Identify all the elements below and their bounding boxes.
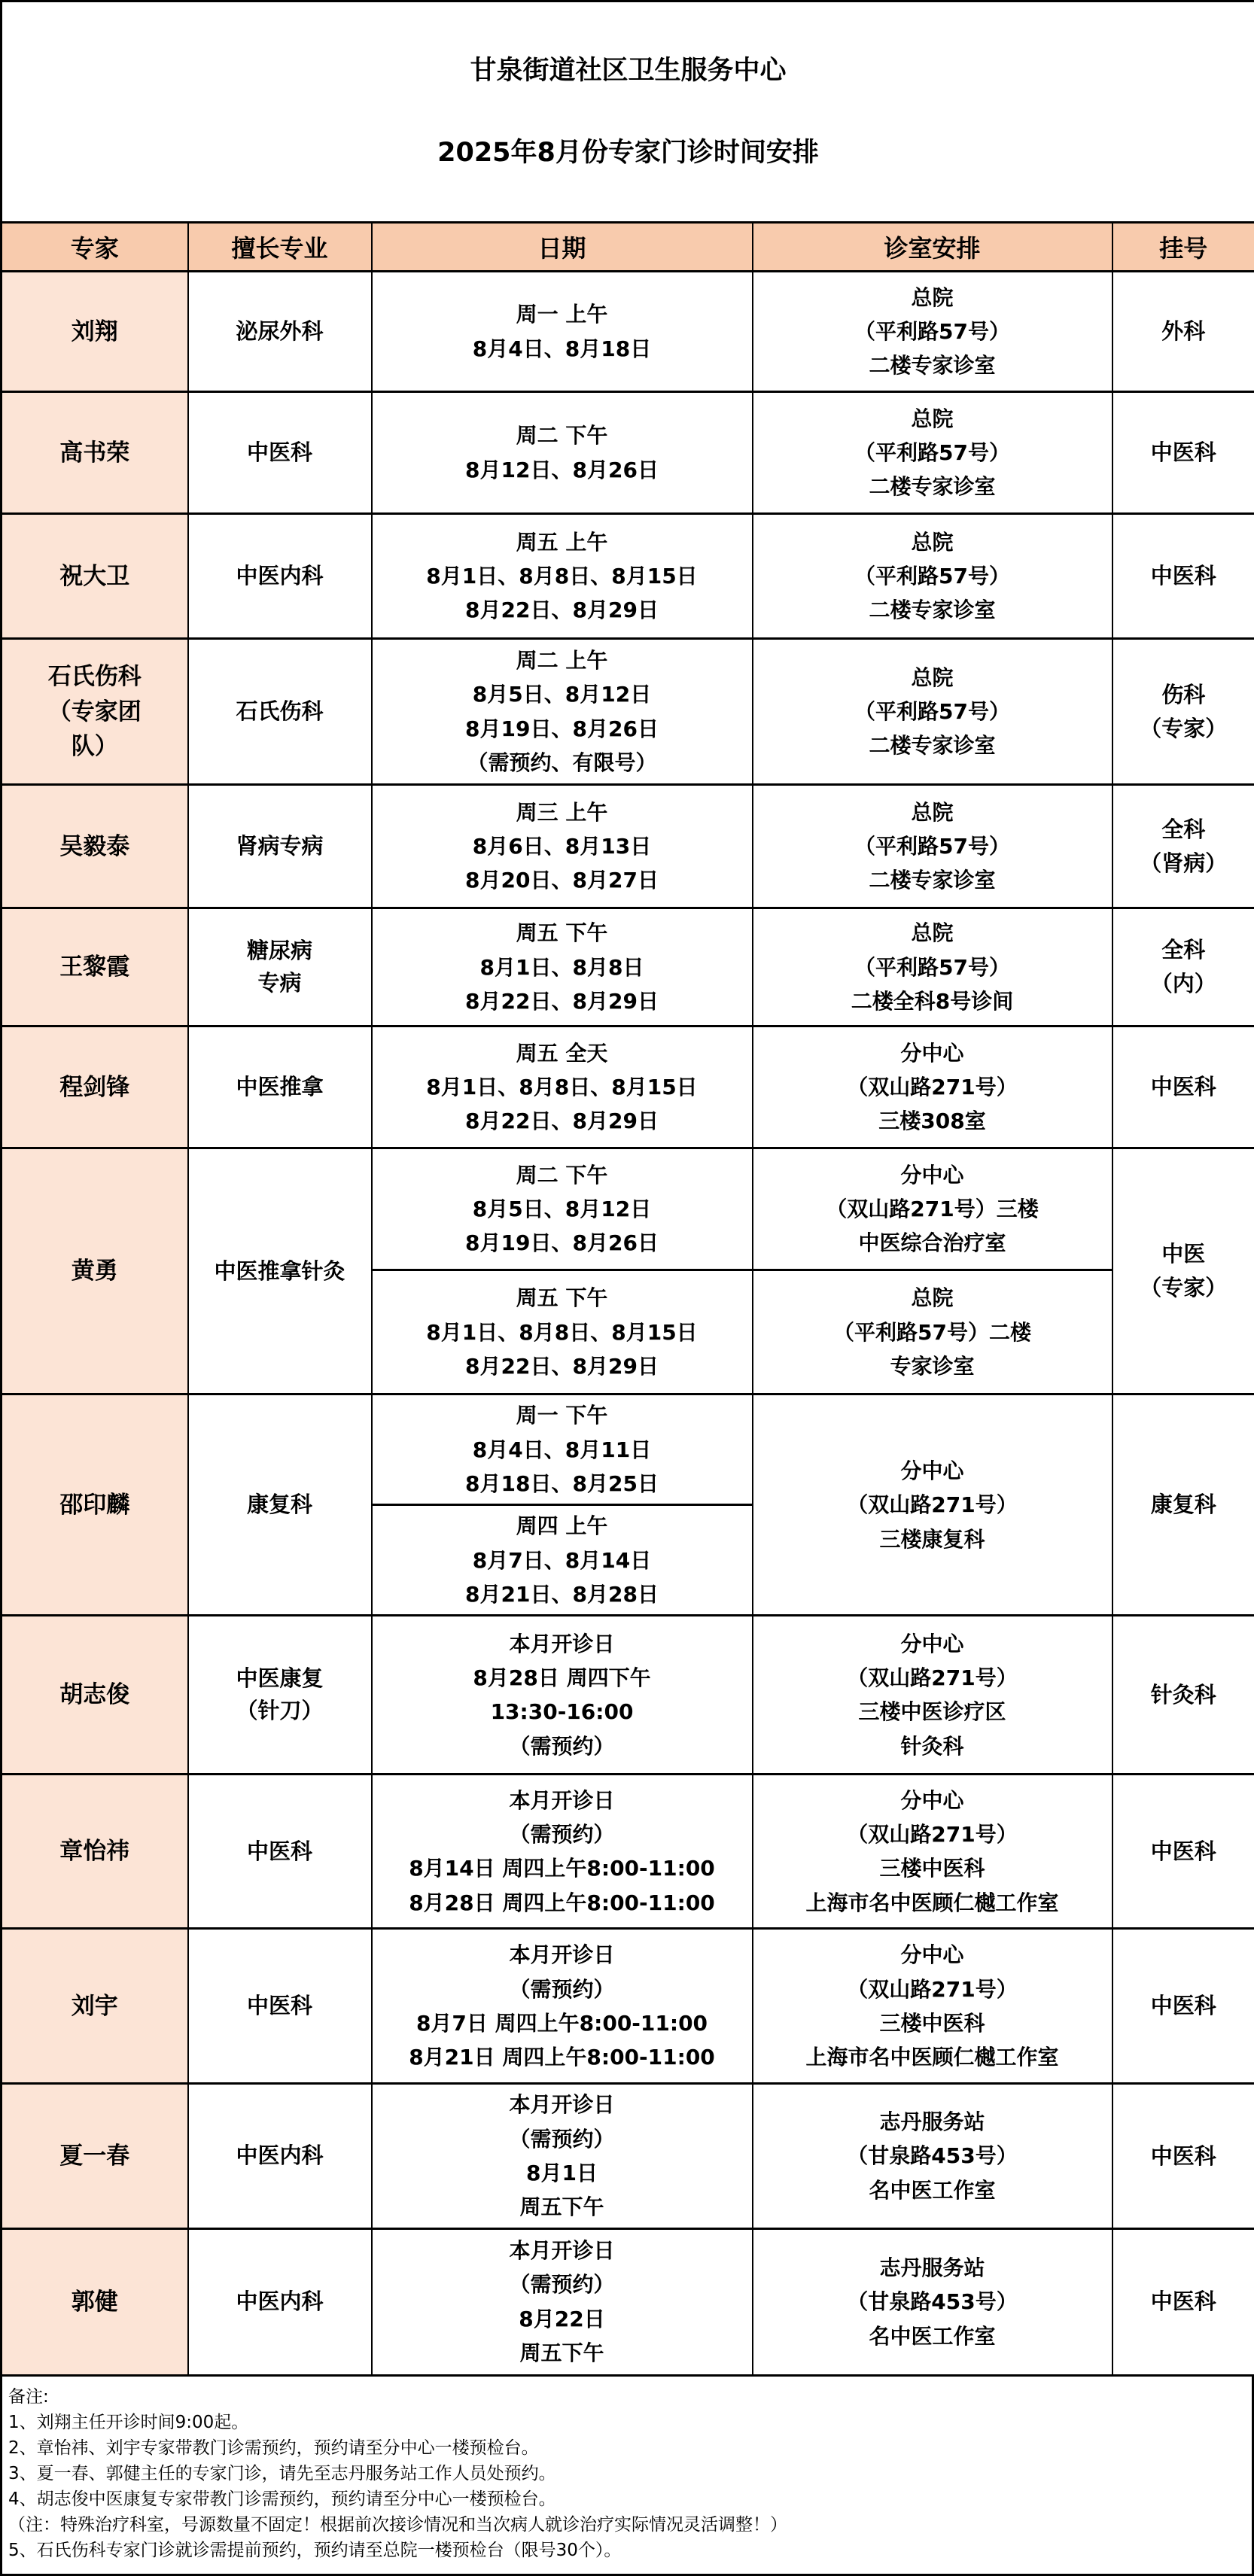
table-row: 黄勇 中医推拿针灸 周二 下午 8月5日、8月12日 8月19日、8月26日 分… bbox=[2, 1148, 1254, 1270]
room-cell: 分中心 （双山路271号） 三楼308室 bbox=[753, 1026, 1112, 1148]
date-cell: 本月开诊日 （需预约） 8月14日 周四上午8:00-11:00 8月28日 周… bbox=[372, 1775, 753, 1929]
specialty-cell: 中医科 bbox=[188, 1775, 372, 1929]
room-cell: 总院 （平利路57号） 二楼专家诊室 bbox=[753, 639, 1112, 785]
col-header-date: 日期 bbox=[372, 223, 753, 272]
note-line: 2、章怡祎、刘宇专家带教门诊需预约，预约请至分中心一楼预检台。 bbox=[8, 2435, 1244, 2461]
expert-name-cell: 祝大卫 bbox=[2, 514, 188, 639]
table-row: 王黎霞 糖尿病 专病 周五 下午 8月1日、8月8日 8月22日、8月29日 总… bbox=[2, 908, 1254, 1026]
expert-name-cell: 刘宇 bbox=[2, 1929, 188, 2084]
title-line-2: 2025年8月份专家门诊时间安排 bbox=[2, 132, 1254, 173]
date-cell: 周五 全天 8月1日、8月8日、8月15日 8月22日、8月29日 bbox=[372, 1026, 753, 1148]
expert-name-cell: 黄勇 bbox=[2, 1148, 188, 1394]
registration-cell: 中医 （专家） bbox=[1112, 1148, 1254, 1394]
note-line: 1、刘翔主任开诊时间9:00起。 bbox=[8, 2410, 1244, 2435]
registration-cell: 中医科 bbox=[1112, 2084, 1254, 2228]
specialty-cell: 泌尿外科 bbox=[188, 272, 372, 392]
col-header-expert: 专家 bbox=[2, 223, 188, 272]
expert-name-cell: 夏一春 bbox=[2, 2084, 188, 2228]
specialty-cell: 中医内科 bbox=[188, 514, 372, 639]
specialty-cell: 中医科 bbox=[188, 392, 372, 514]
date-cell: 周二 下午 8月12日、8月26日 bbox=[372, 392, 753, 514]
date-cell: 周五 下午 8月1日、8月8日 8月22日、8月29日 bbox=[372, 908, 753, 1026]
registration-cell: 康复科 bbox=[1112, 1394, 1254, 1616]
specialty-cell: 中医推拿 bbox=[188, 1026, 372, 1148]
date-cell: 本月开诊日 （需预约） 8月1日 周五下午 bbox=[372, 2084, 753, 2228]
col-header-registration: 挂号 bbox=[1112, 223, 1254, 272]
table-row: 郭健 中医内科 本月开诊日 （需预约） 8月22日 周五下午 志丹服务站 （甘泉… bbox=[2, 2228, 1254, 2375]
table-row: 石氏伤科 （专家团 队） 石氏伤科 周二 上午 8月5日、8月12日 8月19日… bbox=[2, 639, 1254, 785]
registration-cell: 中医科 bbox=[1112, 1026, 1254, 1148]
specialty-cell: 肾病专病 bbox=[188, 785, 372, 908]
expert-name-cell: 邵印麟 bbox=[2, 1394, 188, 1616]
expert-name-cell: 程剑锋 bbox=[2, 1026, 188, 1148]
expert-name-cell: 刘翔 bbox=[2, 272, 188, 392]
specialty-cell: 中医推拿针灸 bbox=[188, 1148, 372, 1394]
registration-cell: 中医科 bbox=[1112, 392, 1254, 514]
specialty-cell: 中医内科 bbox=[188, 2228, 372, 2375]
table-row: 刘翔 泌尿外科 周一 上午 8月4日、8月18日 总院 （平利路57号） 二楼专… bbox=[2, 272, 1254, 392]
specialty-cell: 中医康复 （针刀） bbox=[188, 1616, 372, 1775]
room-cell: 总院 （平利路57号） 二楼专家诊室 bbox=[753, 392, 1112, 514]
specialty-cell: 中医内科 bbox=[188, 2084, 372, 2228]
date-cell: 周四 上午 8月7日、8月14日 8月21日、8月28日 bbox=[372, 1505, 753, 1616]
room-cell: 分中心 （双山路271号） 三楼中医诊疗区 针灸科 bbox=[753, 1616, 1112, 1775]
registration-cell: 伤科 （专家） bbox=[1112, 639, 1254, 785]
table-row: 吴毅泰 肾病专病 周三 上午 8月6日、8月13日 8月20日、8月27日 总院… bbox=[2, 785, 1254, 908]
date-cell: 周五 上午 8月1日、8月8日、8月15日 8月22日、8月29日 bbox=[372, 514, 753, 639]
registration-cell: 外科 bbox=[1112, 272, 1254, 392]
registration-cell: 针灸科 bbox=[1112, 1616, 1254, 1775]
page-title: 甘泉街道社区卫生服务中心 2025年8月份专家门诊时间安排 bbox=[2, 2, 1254, 223]
col-header-room: 诊室安排 bbox=[753, 223, 1112, 272]
expert-name-cell: 高书荣 bbox=[2, 392, 188, 514]
date-cell: 周二 上午 8月5日、8月12日 8月19日、8月26日 （需预约、有限号） bbox=[372, 639, 753, 785]
expert-name-cell: 郭健 bbox=[2, 2228, 188, 2375]
date-cell: 本月开诊日 （需预约） 8月22日 周五下午 bbox=[372, 2228, 753, 2375]
expert-name-cell: 吴毅泰 bbox=[2, 785, 188, 908]
schedule-table: 甘泉街道社区卫生服务中心 2025年8月份专家门诊时间安排 专家 擅长专业 日期… bbox=[0, 0, 1254, 2377]
room-cell: 总院 （平利路57号） 二楼专家诊室 bbox=[753, 785, 1112, 908]
registration-cell: 全科 （肾病） bbox=[1112, 785, 1254, 908]
room-cell: 志丹服务站 （甘泉路453号） 名中医工作室 bbox=[753, 2228, 1112, 2375]
room-cell: 总院 （平利路57号） 二楼全科8号诊间 bbox=[753, 908, 1112, 1026]
notes-section: 备注: 1、刘翔主任开诊时间9:00起。 2、章怡祎、刘宇专家带教门诊需预约，预… bbox=[0, 2377, 1254, 2576]
table-row: 程剑锋 中医推拿 周五 全天 8月1日、8月8日、8月15日 8月22日、8月2… bbox=[2, 1026, 1254, 1148]
date-cell: 周一 下午 8月4日、8月11日 8月18日、8月25日 bbox=[372, 1394, 753, 1505]
date-cell: 周二 下午 8月5日、8月12日 8月19日、8月26日 bbox=[372, 1148, 753, 1270]
room-cell: 总院 （平利路57号） 二楼专家诊室 bbox=[753, 272, 1112, 392]
date-cell: 本月开诊日 8月28日 周四下午 13:30-16:00 （需预约） bbox=[372, 1616, 753, 1775]
expert-name-cell: 石氏伤科 （专家团 队） bbox=[2, 639, 188, 785]
note-line: 4、胡志俊中医康复专家带教门诊需预约，预约请至分中心一楼预检台。 bbox=[8, 2486, 1244, 2512]
expert-name-cell: 胡志俊 bbox=[2, 1616, 188, 1775]
notes-title: 备注: bbox=[8, 2384, 1244, 2410]
expert-name-cell: 王黎霞 bbox=[2, 908, 188, 1026]
registration-cell: 中医科 bbox=[1112, 514, 1254, 639]
room-cell: 志丹服务站 （甘泉路453号） 名中医工作室 bbox=[753, 2084, 1112, 2228]
registration-cell: 全科 （内） bbox=[1112, 908, 1254, 1026]
note-line: 5、石氏伤科专家门诊就诊需提前预约，预约请至总院一楼预检台（限号30个）。 bbox=[8, 2538, 1244, 2563]
expert-name-cell: 章怡祎 bbox=[2, 1775, 188, 1929]
table-row: 章怡祎 中医科 本月开诊日 （需预约） 8月14日 周四上午8:00-11:00… bbox=[2, 1775, 1254, 1929]
table-row: 祝大卫 中医内科 周五 上午 8月1日、8月8日、8月15日 8月22日、8月2… bbox=[2, 514, 1254, 639]
room-cell: 分中心 （双山路271号） 三楼中医科 上海市名中医顾仁樾工作室 bbox=[753, 1929, 1112, 2084]
note-line: （注：特殊治疗科室，号源数量不固定！根据前次接诊情况和当次病人就诊治疗实际情况灵… bbox=[8, 2512, 1244, 2538]
col-header-specialty: 擅长专业 bbox=[188, 223, 372, 272]
header-row: 专家 擅长专业 日期 诊室安排 挂号 bbox=[2, 223, 1254, 272]
date-cell: 周一 上午 8月4日、8月18日 bbox=[372, 272, 753, 392]
specialty-cell: 石氏伤科 bbox=[188, 639, 372, 785]
note-line: 3、夏一春、郭健主任的专家门诊，请先至志丹服务站工作人员处预约。 bbox=[8, 2461, 1244, 2486]
specialty-cell: 康复科 bbox=[188, 1394, 372, 1616]
room-cell: 总院 （平利路57号）二楼 专家诊室 bbox=[753, 1270, 1112, 1394]
specialty-cell: 中医科 bbox=[188, 1929, 372, 2084]
date-cell: 本月开诊日 （需预约） 8月7日 周四上午8:00-11:00 8月21日 周四… bbox=[372, 1929, 753, 2084]
table-row: 高书荣 中医科 周二 下午 8月12日、8月26日 总院 （平利路57号） 二楼… bbox=[2, 392, 1254, 514]
registration-cell: 中医科 bbox=[1112, 2228, 1254, 2375]
table-row: 刘宇 中医科 本月开诊日 （需预约） 8月7日 周四上午8:00-11:00 8… bbox=[2, 1929, 1254, 2084]
specialty-cell: 糖尿病 专病 bbox=[188, 908, 372, 1026]
room-cell: 分中心 （双山路271号）三楼 中医综合治疗室 bbox=[753, 1148, 1112, 1270]
table-row: 胡志俊 中医康复 （针刀） 本月开诊日 8月28日 周四下午 13:30-16:… bbox=[2, 1616, 1254, 1775]
table-row: 夏一春 中医内科 本月开诊日 （需预约） 8月1日 周五下午 志丹服务站 （甘泉… bbox=[2, 2084, 1254, 2228]
registration-cell: 中医科 bbox=[1112, 1929, 1254, 2084]
date-cell: 周五 下午 8月1日、8月8日、8月15日 8月22日、8月29日 bbox=[372, 1270, 753, 1394]
table-row: 邵印麟 康复科 周一 下午 8月4日、8月11日 8月18日、8月25日 分中心… bbox=[2, 1394, 1254, 1505]
room-cell: 分中心 （双山路271号） 三楼康复科 bbox=[753, 1394, 1112, 1616]
date-cell: 周三 上午 8月6日、8月13日 8月20日、8月27日 bbox=[372, 785, 753, 908]
registration-cell: 中医科 bbox=[1112, 1775, 1254, 1929]
title-row: 甘泉街道社区卫生服务中心 2025年8月份专家门诊时间安排 bbox=[2, 2, 1254, 223]
room-cell: 分中心 （双山路271号） 三楼中医科 上海市名中医顾仁樾工作室 bbox=[753, 1775, 1112, 1929]
room-cell: 总院 （平利路57号） 二楼专家诊室 bbox=[753, 514, 1112, 639]
title-line-1: 甘泉街道社区卫生服务中心 bbox=[2, 50, 1254, 91]
